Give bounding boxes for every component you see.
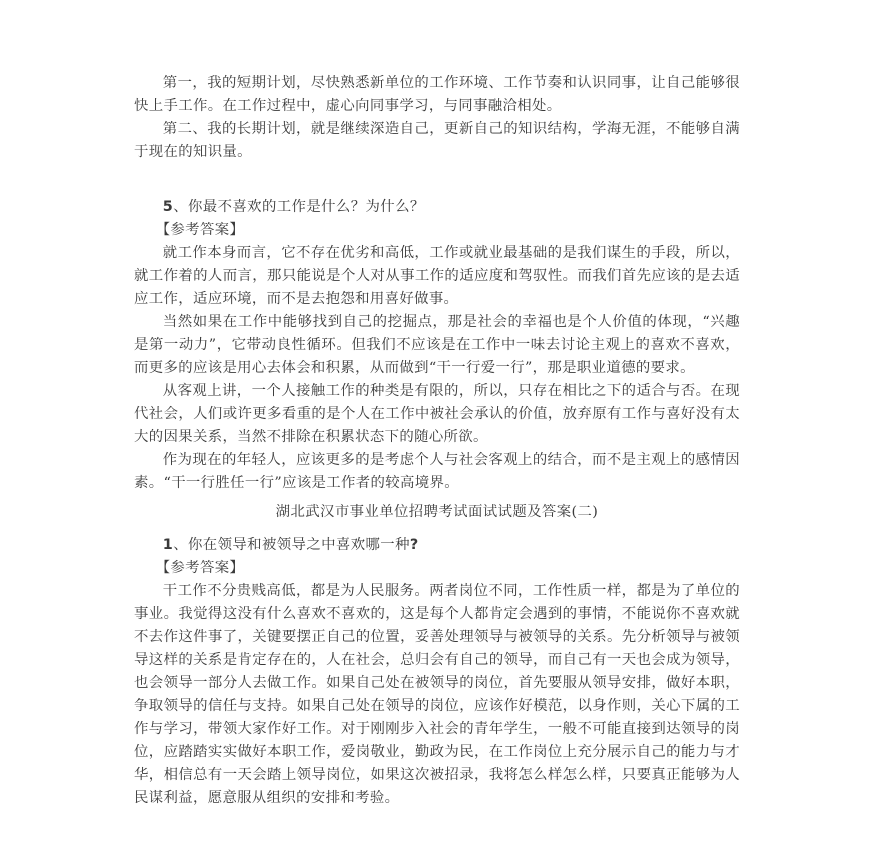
document-page: 第一，我的短期计划，尽快熟悉新单位的工作环境、工作节奏和认识同事，让自己能够很快… — [134, 72, 740, 810]
answer-paragraph: 干工作不分贵贱高低，都是为人民服务。两者岗位不同，工作性质一样，都是为了单位的事… — [134, 580, 740, 810]
question-number: 1 — [163, 537, 173, 553]
question-text: 、你最不喜欢的工作是什么？为什么？ — [173, 199, 424, 215]
question-mark: ? — [410, 537, 419, 553]
answer-paragraph: 当然如果在工作中能够找到自己的挖掘点，那是社会的幸福也是个人价值的体现，“兴趣是… — [134, 311, 740, 380]
answer-paragraph: 作为现在的年轻人，应该更多的是考虑个人与社会客观上的结合，而不是主观上的感情因素… — [134, 449, 740, 495]
paragraph-long-term-plan: 第二、我的长期计划，就是继续深造自己，更新自己的知识结构，学海无涯，不能够自满于… — [134, 118, 740, 164]
question-1-heading: 1、你在领导和被领导之中喜欢哪一种? — [134, 534, 740, 557]
answer-paragraph: 就工作本身而言，它不存在优劣和高低，工作或就业最基础的是我们谋生的手段，所以，就… — [134, 242, 740, 311]
paragraph-short-term-plan: 第一，我的短期计划，尽快熟悉新单位的工作环境、工作节奏和认识同事，让自己能够很快… — [134, 72, 740, 118]
question-5-heading: 5、你最不喜欢的工作是什么？为什么？ — [134, 196, 740, 219]
question-text: 、你在领导和被领导之中喜欢哪一种 — [173, 537, 410, 553]
reference-answer-label: 【参考答案】 — [134, 557, 740, 580]
answer-paragraph: 从客观上讲，一个人接触工作的种类是有限的，所以，只存在相比之下的适合与否。在现代… — [134, 380, 740, 449]
section-title: 湖北武汉市事业单位招聘考试面试试题及答案(二) — [134, 501, 740, 524]
spacer — [134, 164, 740, 186]
reference-answer-label: 【参考答案】 — [134, 219, 740, 242]
question-number: 5 — [163, 199, 173, 215]
